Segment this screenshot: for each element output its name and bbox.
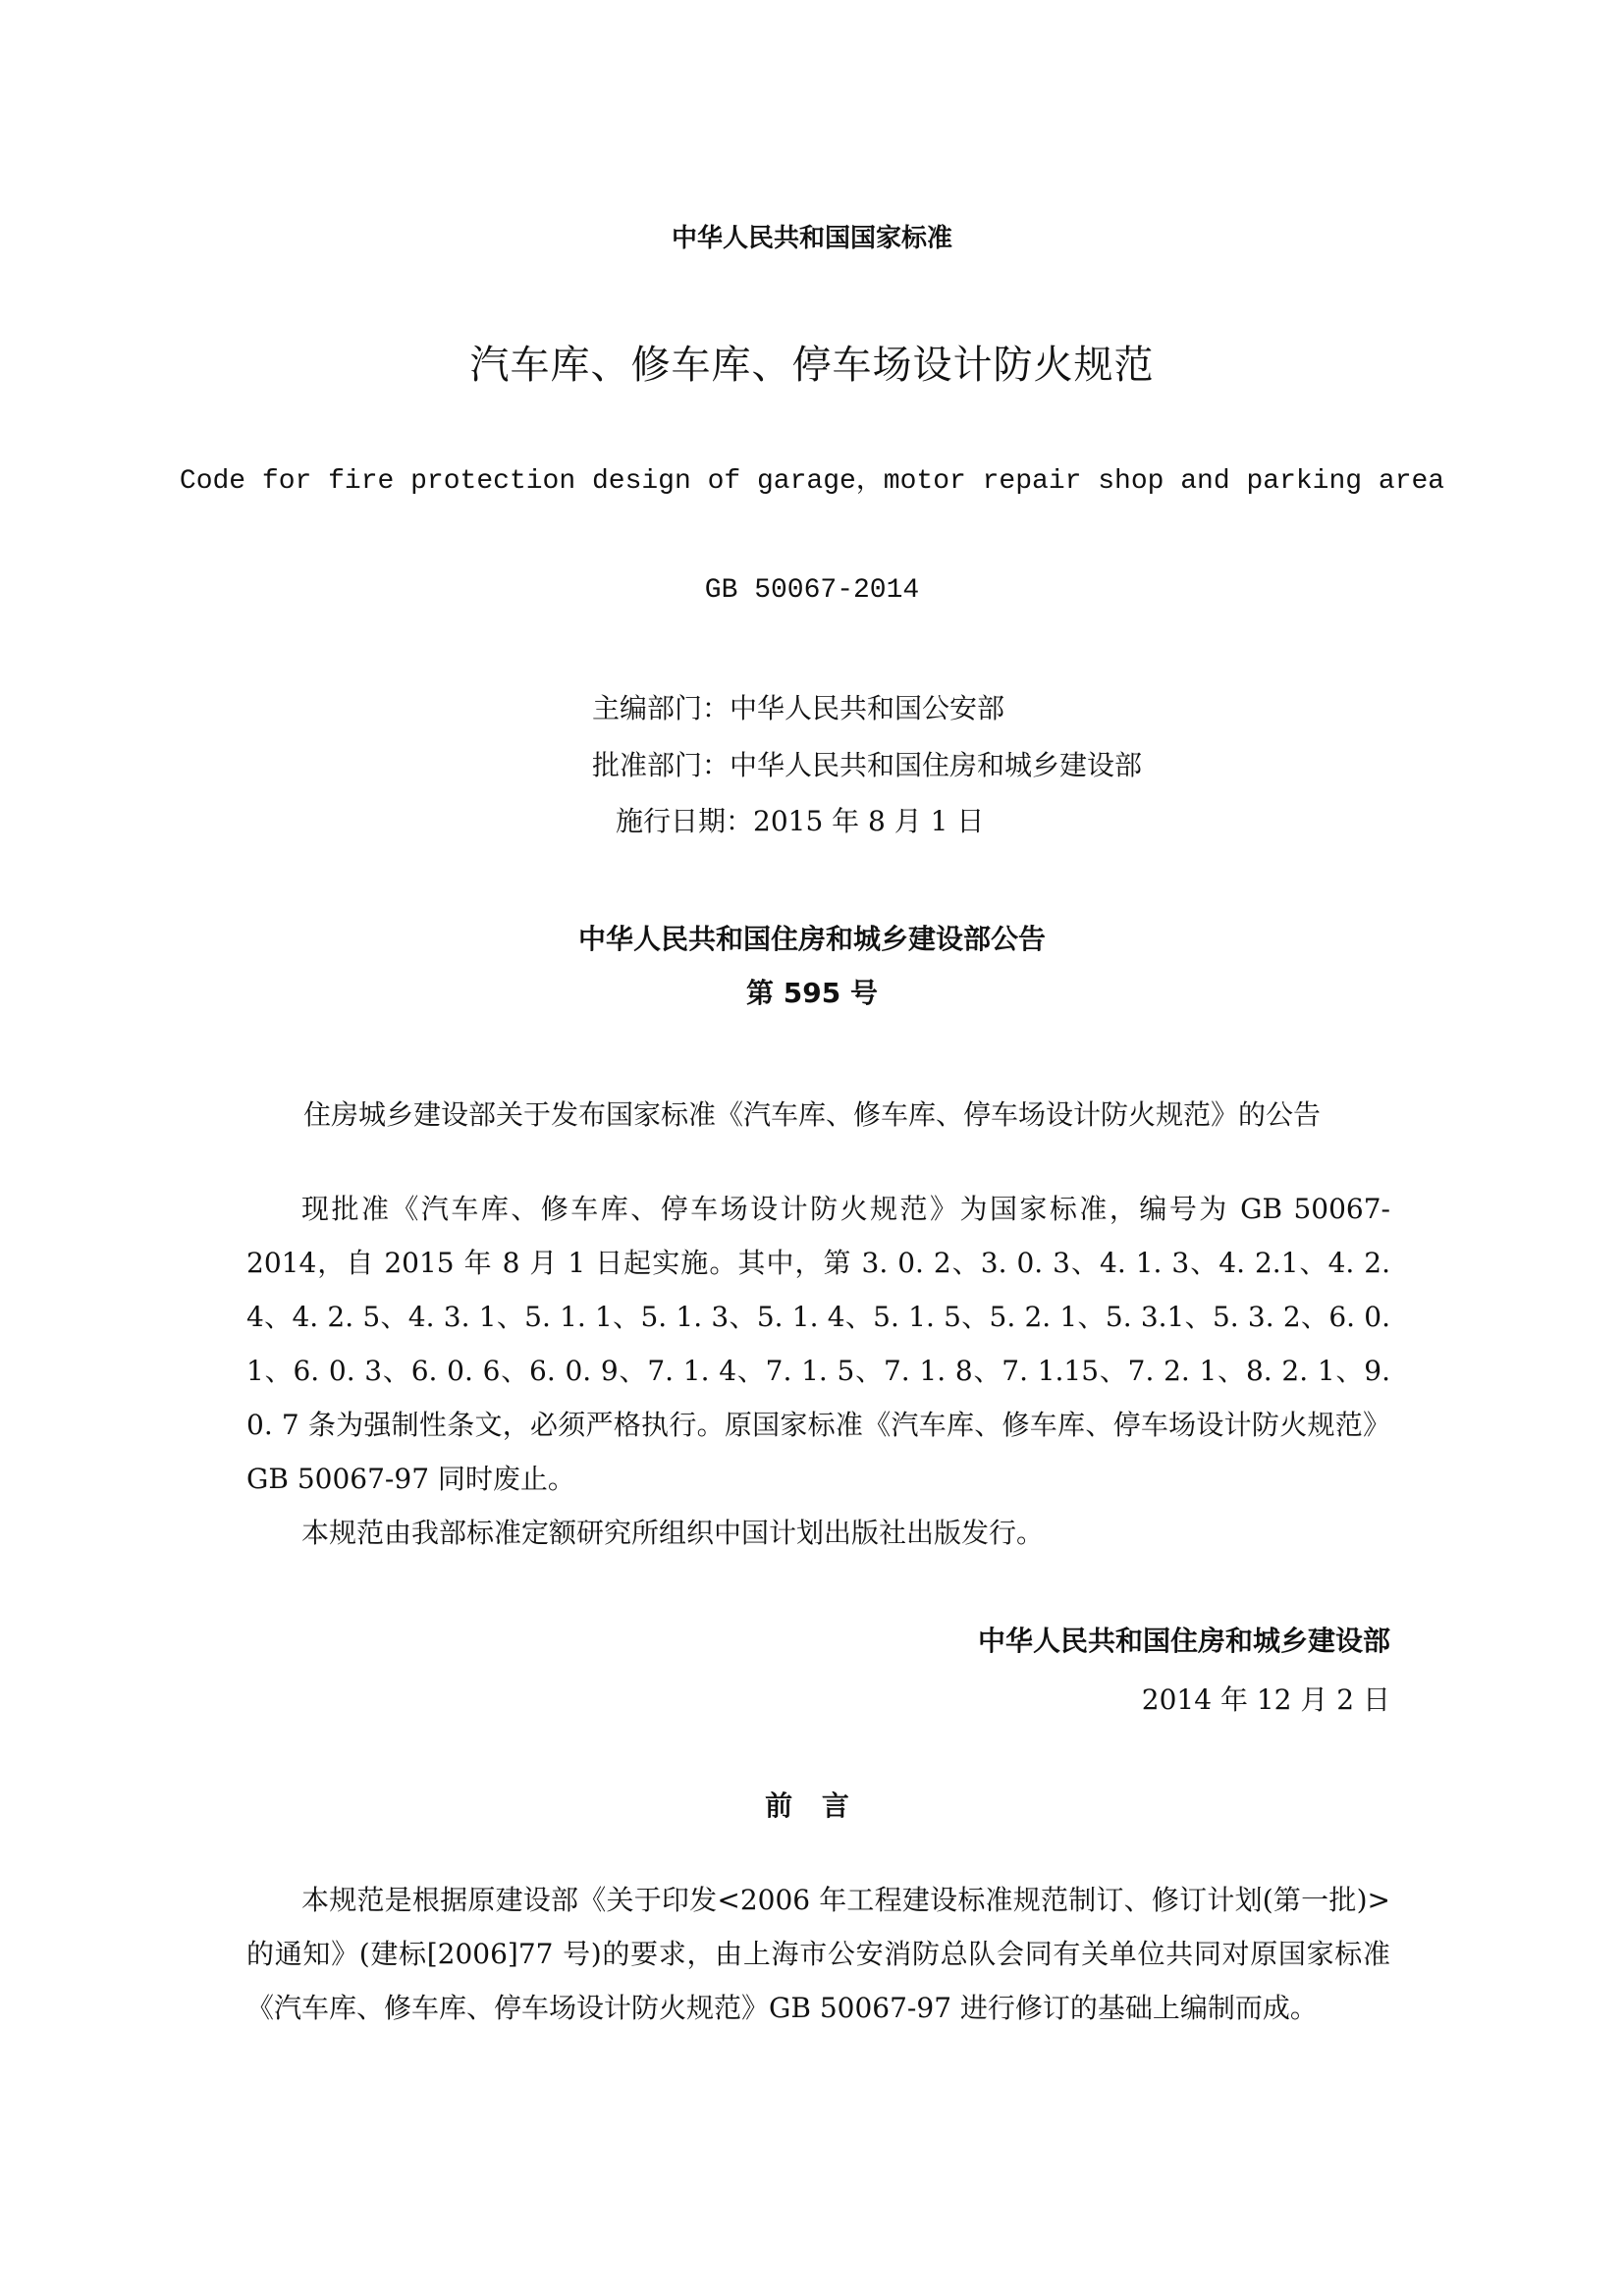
effective-date-line: 施行日期：2015 年 8 月 1 日 — [616, 800, 984, 839]
preface-body: 本规范是根据原建设部《关于印发<2006 年工程建设标准规范制订、修订计划(第一… — [246, 1873, 1390, 2035]
signature-organization: 中华人民共和国住房和城乡建设部 — [978, 1620, 1390, 1659]
announcement-number: 第 595 号 — [0, 972, 1624, 1011]
announcement-title: 中华人民共和国住房和城乡建设部公告 — [0, 918, 1624, 957]
standard-type-heading: 中华人民共和国国家标准 — [0, 218, 1624, 254]
announcement-subject: 住房城乡建设部关于发布国家标准《汽车库、修车库、停车场设计防火规范》的公告 — [0, 1094, 1624, 1133]
signature-date: 2014 年 12 月 2 日 — [1142, 1679, 1390, 1718]
document-title-en: Code for fire protection design of garag… — [0, 457, 1624, 497]
document-title-cn: 汽车库、修车库、停车场设计防火规范 — [0, 334, 1624, 390]
announcement-paragraph: 现批准《汽车库、修车库、停车场设计防火规范》为国家标准，编号为 GB 50067… — [246, 1182, 1390, 1506]
approval-department-line: 批准部门：中华人民共和国住房和城乡建设部 — [592, 744, 1142, 783]
preface-paragraph: 本规范是根据原建设部《关于印发<2006 年工程建设标准规范制订、修订计划(第一… — [246, 1873, 1390, 2035]
document-page: 中华人民共和国国家标准 汽车库、修车库、停车场设计防火规范 Code for f… — [0, 0, 1624, 2296]
standard-code: GB 50067-2014 — [0, 575, 1624, 606]
announcement-body: 现批准《汽车库、修车库、停车场设计防火规范》为国家标准，编号为 GB 50067… — [246, 1182, 1390, 1560]
preface-heading: 前 言 — [0, 1785, 1624, 1824]
chief-editor-line: 主编部门：中华人民共和国公安部 — [592, 687, 1004, 726]
announcement-paragraph: 本规范由我部标准定额研究所组织中国计划出版社出版发行。 — [246, 1506, 1390, 1560]
